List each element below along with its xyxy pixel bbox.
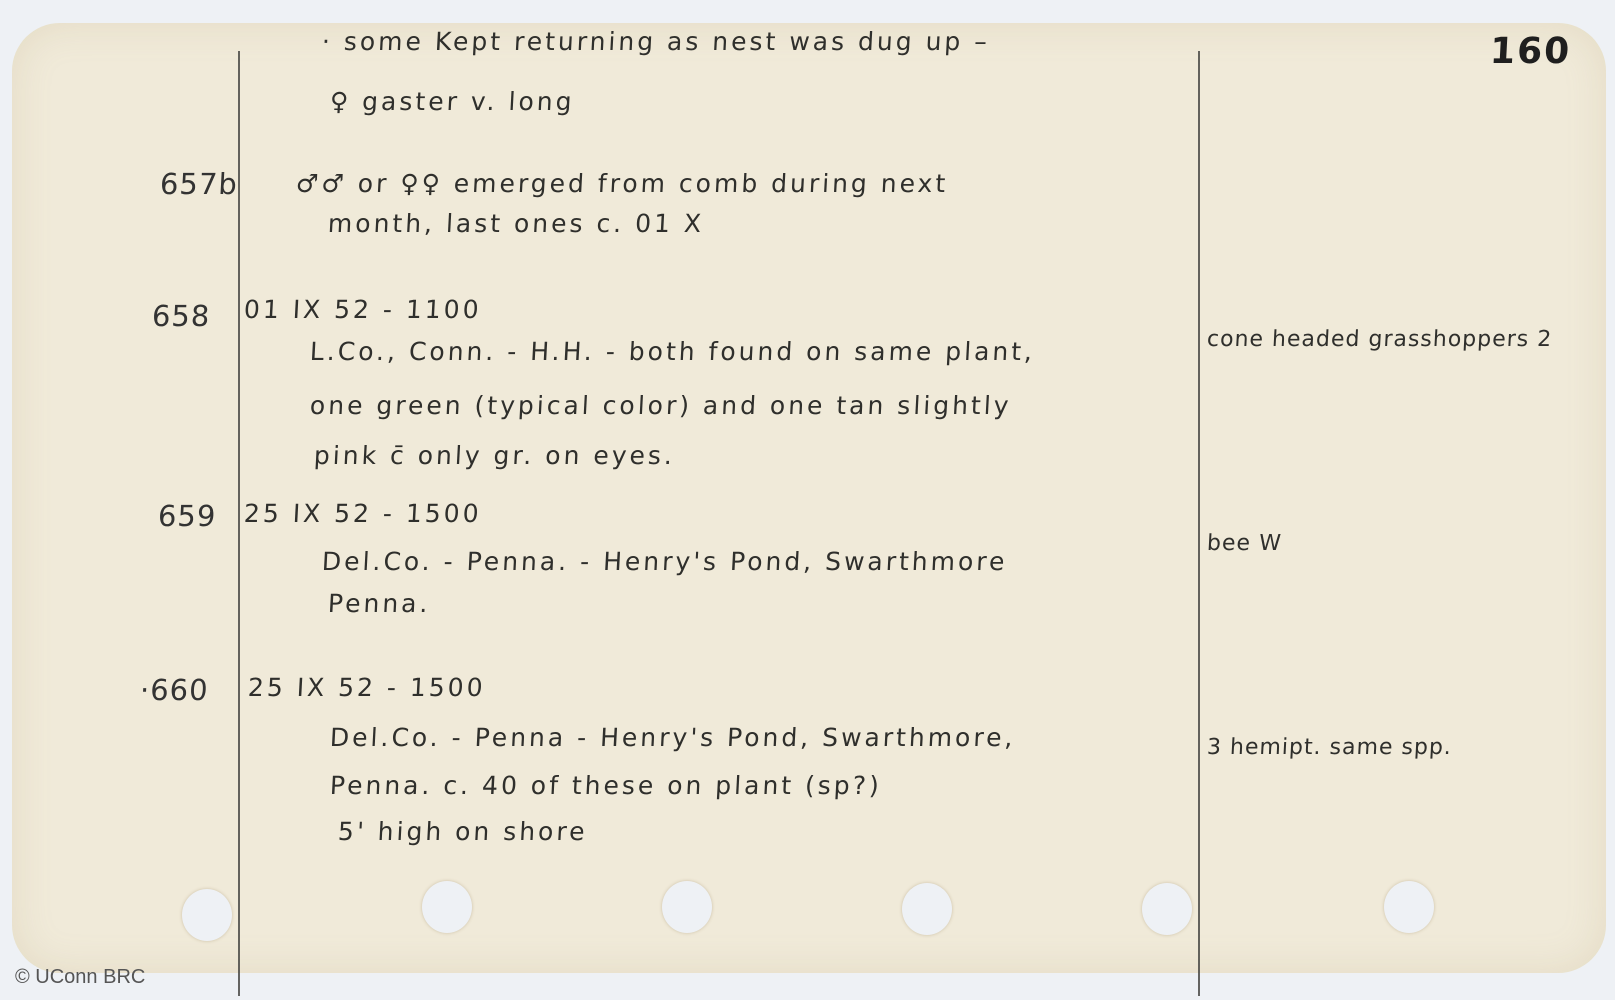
left-margin-rule	[238, 51, 240, 996]
entry-line: ♂♂ or ♀♀ emerged from comb during next	[295, 169, 949, 198]
entry-line: · some Kept returning as nest was dug up…	[321, 27, 990, 56]
entry-line: L.Co., Conn. - H.H. - both found on same…	[309, 337, 1036, 366]
entry-number: ·660	[139, 673, 209, 707]
entry-line: Del.Co. - Penna. - Henry's Pond, Swarthm…	[321, 547, 1008, 576]
entry-line: Del.Co. - Penna - Henry's Pond, Swarthmo…	[329, 723, 1016, 752]
entry-line: month, last ones c. 01 X	[327, 209, 705, 238]
entry-line: Penna.	[327, 589, 431, 618]
right-margin-rule	[1198, 51, 1200, 996]
entry-note: 3 hemipt. same spp.	[1206, 735, 1452, 760]
punch-hole	[422, 881, 472, 933]
punch-hole	[662, 881, 712, 933]
entry-note: cone headed grasshoppers 2	[1206, 327, 1553, 352]
entry-date: 01 IX 52 - 1100	[243, 295, 482, 324]
entry-line: one green (typical color) and one tan sl…	[309, 391, 1012, 420]
entry-date: 25 IX 52 - 1500	[247, 673, 486, 702]
punch-hole	[1142, 883, 1192, 935]
entry-number: 658	[151, 299, 211, 333]
entry-note: bee W	[1206, 531, 1282, 556]
entry-number: 657b	[159, 167, 239, 201]
entry-line: Penna. c. 40 of these on plant (sp?)	[329, 771, 882, 800]
specimen-index-card: 160 · some Kept returning as nest was du…	[12, 23, 1606, 973]
entry-line: 5' high on shore	[337, 817, 588, 846]
copyright-notice: © UConn BRC	[15, 966, 145, 989]
punch-hole	[182, 889, 232, 941]
entry-date: 25 IX 52 - 1500	[243, 499, 482, 528]
punch-hole	[1384, 881, 1434, 933]
entry-number: 659	[157, 499, 217, 533]
page-number: 160	[1489, 31, 1572, 72]
punch-hole	[902, 883, 952, 935]
entry-line: pink c̄ only gr. on eyes.	[313, 441, 675, 470]
entry-line: ♀ gaster v. long	[329, 87, 575, 116]
